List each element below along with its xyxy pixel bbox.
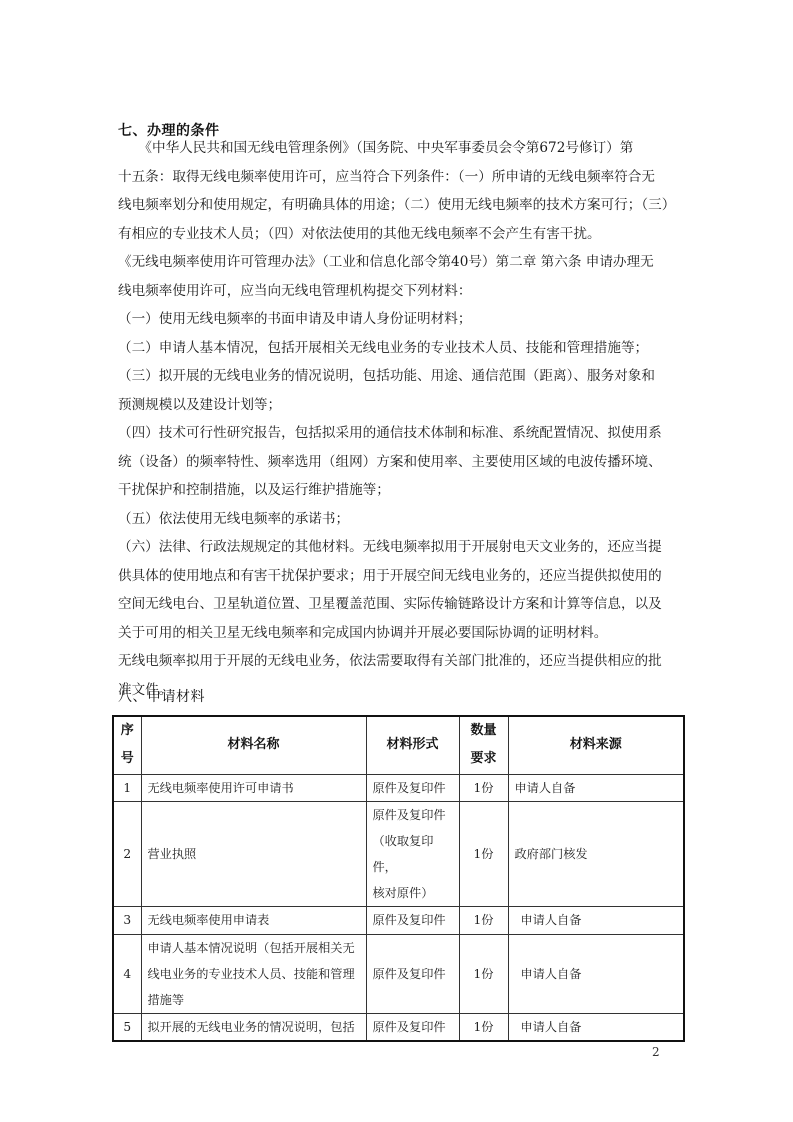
cell-no: 2	[113, 801, 141, 906]
cell-name: 无线电频率使用申请表	[141, 906, 366, 934]
document-page: 七、办理的条件 《中华人民共和国无线电管理条例》（国务院、中央军事委员会令第67…	[0, 0, 793, 1122]
cell-text: 措施等	[148, 987, 360, 1013]
body-line: 线电频率使用许可，应当向无线电管理机构提交下列材料：	[118, 277, 683, 306]
cell-text: 原件及复印件	[373, 802, 453, 828]
header-text: 数量	[460, 717, 508, 745]
cell-no: 1	[113, 774, 141, 801]
body-line: 十五条：取得无线电频率使用许可，应当符合下列条件：（一）所申请的无线电频率符合无	[118, 163, 683, 192]
body-line: （四）技术可行性研究报告，包括拟采用的通信技术体制和标准、系统配置情况、拟使用系	[118, 419, 683, 448]
cell-name: 无线电频率使用许可申请书	[141, 774, 366, 801]
cell-text: （收取复印件，	[373, 828, 453, 880]
cell-name: 营业执照	[141, 801, 366, 906]
body-line: （六）法律、行政法规规定的其他材料。无线电频率拟用于开展射电天文业务的，还应当提	[118, 533, 683, 562]
cell-text: 申请人基本情况说明（包括开展相关无	[148, 935, 360, 961]
body-line: （五）依法使用无线电频率的承诺书；	[118, 505, 683, 534]
body-line: （二）申请人基本情况，包括开展相关无线电业务的专业技术人员、技能和管理措施等；	[118, 334, 683, 363]
page-number: 2	[652, 1045, 660, 1059]
body-line: 有相应的专业技术人员；（四）对依法使用的其他无线电频率不会产生有害干扰。	[118, 220, 683, 249]
section-8-heading: 八、申请材料	[118, 686, 205, 706]
body-line: 空间无线电台、卫星轨道位置、卫星覆盖范围、实际传输链路设计方案和计算等信息，以及	[118, 590, 683, 619]
cell-form: 原件及复印件	[366, 934, 459, 1013]
header-quantity: 数量 要求	[459, 716, 508, 774]
table-row: 4 申请人基本情况说明（包括开展相关无 线电业务的专业技术人员、技能和管理 措施…	[113, 934, 684, 1013]
header-material-form: 材料形式	[366, 716, 459, 774]
cell-name: 拟开展的无线电业务的情况说明，包括	[141, 1013, 366, 1041]
table-row: 3 无线电频率使用申请表 原件及复印件 1份 申请人自备	[113, 906, 684, 934]
cell-no: 4	[113, 934, 141, 1013]
table-row: 5 拟开展的无线电业务的情况说明，包括 原件及复印件 1份 申请人自备	[113, 1013, 684, 1041]
table-header-row: 序 号 材料名称 材料形式 数量 要求 材料来源	[113, 716, 684, 774]
cell-no: 5	[113, 1013, 141, 1041]
cell-source: 申请人自备	[508, 774, 684, 801]
header-text: 序	[114, 717, 141, 745]
cell-qty: 1份	[459, 801, 508, 906]
body-line: 供具体的使用地点和有害干扰保护要求；用于开展空间无线电业务的，还应当提供拟使用的	[118, 562, 683, 591]
cell-source: 申请人自备	[508, 1013, 684, 1041]
body-line: 干扰保护和控制措施，以及运行维护措施等；	[118, 476, 683, 505]
body-line: （三）拟开展的无线电业务的情况说明，包括功能、用途、通信范围（距离）、服务对象和	[118, 362, 683, 391]
header-material-source: 材料来源	[508, 716, 684, 774]
body-line: 《无线电频率使用许可管理办法》（工业和信息化部令第40号）第二章 第六条 申请办…	[118, 248, 683, 277]
cell-qty: 1份	[459, 1013, 508, 1041]
header-text: 要求	[460, 745, 508, 773]
header-material-name: 材料名称	[141, 716, 366, 774]
header-serial-no: 序 号	[113, 716, 141, 774]
body-line: 线电频率划分和使用规定，有明确具体的用途；（二）使用无线电频率的技术方案可行；（…	[118, 191, 683, 220]
cell-text: 线电业务的专业技术人员、技能和管理	[148, 961, 360, 987]
cell-source: 政府部门核发	[508, 801, 684, 906]
cell-source: 申请人自备	[508, 934, 684, 1013]
body-line: 预测规模以及建设计划等；	[118, 391, 683, 420]
cell-form: 原件及复印件	[366, 1013, 459, 1041]
body-line: 关于可用的相关卫星无线电频率和完成国内协调并开展必要国际协调的证明材料。	[118, 619, 683, 648]
cell-no: 3	[113, 906, 141, 934]
cell-name: 申请人基本情况说明（包括开展相关无 线电业务的专业技术人员、技能和管理 措施等	[141, 934, 366, 1013]
cell-qty: 1份	[459, 906, 508, 934]
cell-form: 原件及复印件 （收取复印件， 核对原件）	[366, 801, 459, 906]
body-line: 《中华人民共和国无线电管理条例》（国务院、中央军事委员会令第672号修订）第	[118, 134, 683, 163]
cell-source: 申请人自备	[508, 906, 684, 934]
cell-qty: 1份	[459, 774, 508, 801]
body-line: 无线电频率拟用于开展的无线电业务，依法需要取得有关部门批准的，还应当提供相应的批	[118, 647, 683, 676]
header-text: 号	[114, 745, 141, 773]
table-row: 2 营业执照 原件及复印件 （收取复印件， 核对原件） 1份 政府部门核发	[113, 801, 684, 906]
table-row: 1 无线电频率使用许可申请书 原件及复印件 1份 申请人自备	[113, 774, 684, 801]
cell-form: 原件及复印件	[366, 906, 459, 934]
cell-qty: 1份	[459, 934, 508, 1013]
cell-text: 核对原件）	[373, 880, 453, 906]
cell-form: 原件及复印件	[366, 774, 459, 801]
section-7-body: 《中华人民共和国无线电管理条例》（国务院、中央军事委员会令第672号修订）第 十…	[118, 134, 683, 704]
body-line: 统（设备）的频率特性、频率选用（组网）方案和使用率、主要使用区域的电波传播环境、	[118, 448, 683, 477]
materials-table: 序 号 材料名称 材料形式 数量 要求 材料来源 1 无线电频率使用许可申请书 …	[112, 715, 685, 1042]
body-line: （一）使用无线电频率的书面申请及申请人身份证明材料；	[118, 305, 683, 334]
